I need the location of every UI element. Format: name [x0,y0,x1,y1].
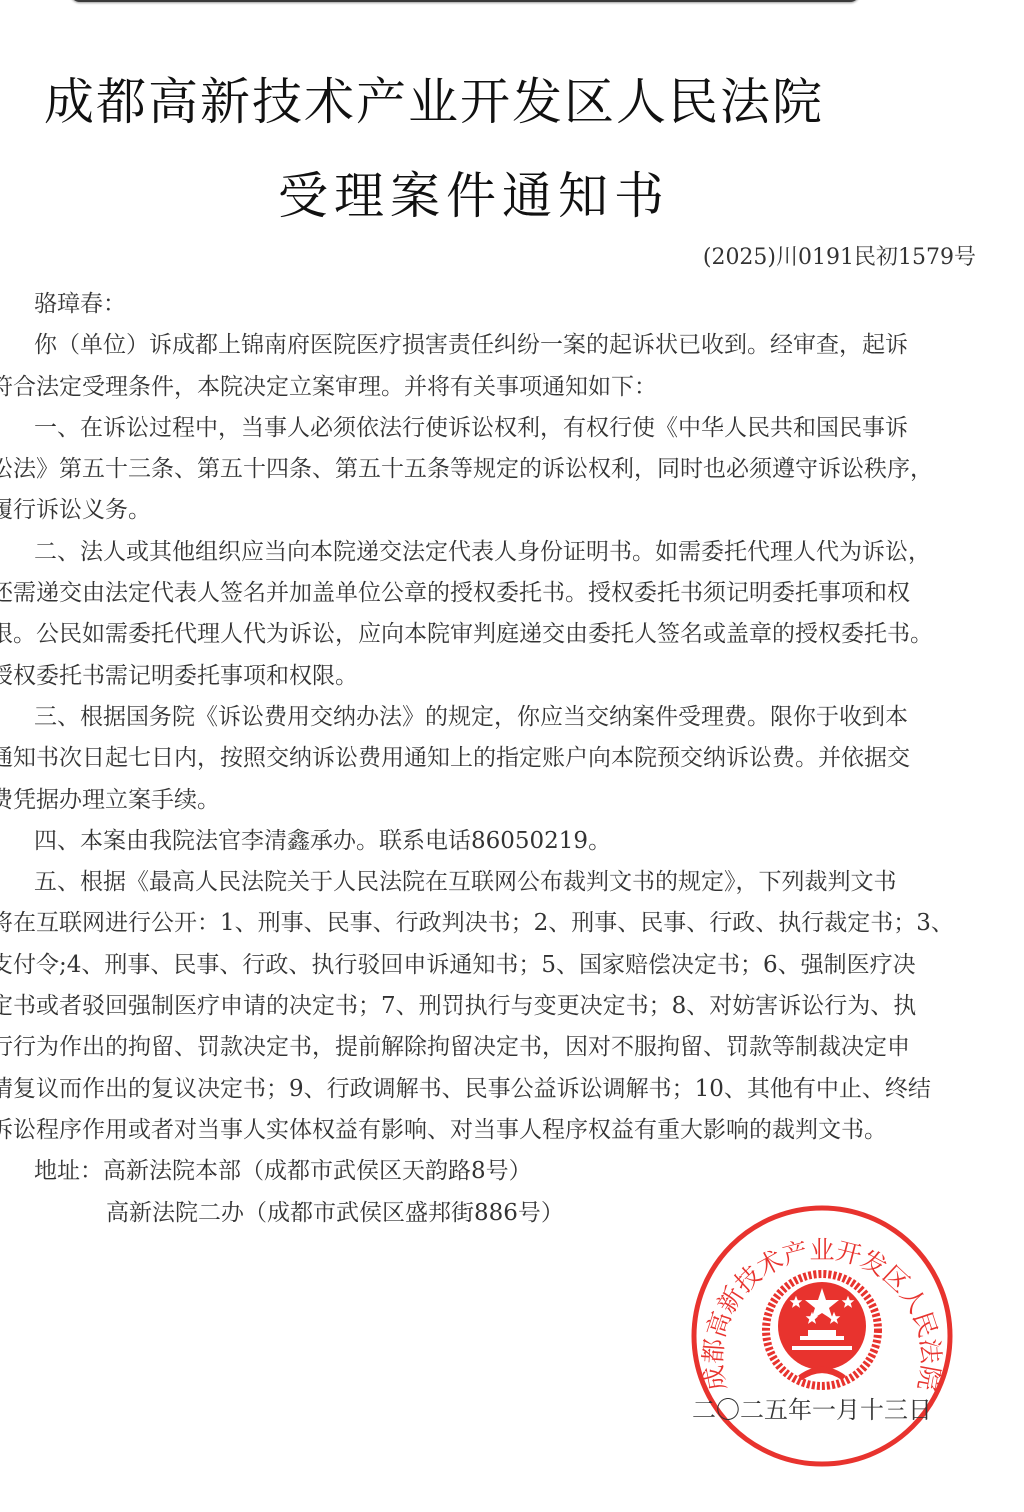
court-name-heading: 成都高新技术产业开发区人民法院 [44,62,924,134]
text-line: 四、本案由我院法官李清鑫承办。联系电话86050219。 [0,821,1024,862]
top-bar [70,0,860,2]
text-line: 授权委托书需记明委托事项和权限。 [0,656,1024,697]
text-line: 请复议而作出的复议决定书；9、行政调解书、民事公益诉讼调解书；10、其他有中止、… [0,1069,1024,1110]
text-line: 地址：高新法院本部（成都市武侯区天韵路8号） [0,1151,1024,1192]
text-line: 费凭据办理立案手续。 [0,780,1024,821]
document-body: 骆璋春：你（单位）诉成都上锦南府医院医疗损害责任纠纷一案的起诉状已收到。经审查，… [0,284,1024,1234]
text-line: 还需递交由法定代表人签名并加盖单位公章的授权委托书。授权委托书须记明委托事项和权 [0,573,1024,614]
text-line: 符合法定受理条件，本院决定立案审理。并将有关事项通知如下： [0,367,1024,408]
issue-date: 二〇二五年一月十三日 [692,1390,932,1425]
line-text: 行行为作出的拘留、罚款决定书，提前解除拘留决定书，因对不服拘留、罚款等制裁决定申 [0,1027,910,1068]
text-line: 将在互联网进行公开：1、刑事、民事、行政判决书；2、刑事、民事、行政、执行裁定书… [0,903,1024,944]
text-line: 五、根据《最高人民法院关于人民法院在互联网公布裁判文书的规定》，下列裁判文书 [0,862,1024,903]
line-text: 授权委托书需记明委托事项和权限。 [0,656,358,697]
line-text: 五、根据《最高人民法院关于人民法院在互联网公布裁判文书的规定》，下列裁判文书 [34,862,897,903]
line-text: 高新法院二办（成都市武侯区盛邦街886号） [106,1193,564,1234]
text-line: 骆璋春： [0,284,1024,325]
text-line: 三、根据国务院《诉讼费用交纳办法》的规定，你应当交纳案件受理费。限你于收到本 [0,697,1024,738]
line-text: 地址：高新法院本部（成都市武侯区天韵路8号） [34,1151,532,1192]
text-line: 行行为作出的拘留、罚款决定书，提前解除拘留决定书，因对不服拘留、罚款等制裁决定申 [0,1027,1024,1068]
court-seal: 成都高新技术产业开发区人民法院 [688,1202,956,1470]
line-text: 一、在诉讼过程中，当事人必须依法行使诉讼权利，有权行使《中华人民共和国民事诉 [34,408,908,449]
text-line: 二、法人或其他组织应当向本院递交法定代表人身份证明书。如需委托代理人代为诉讼， [0,532,1024,573]
line-text: 四、本案由我院法官李清鑫承办。联系电话86050219。 [34,821,611,862]
text-line: 一、在诉讼过程中，当事人必须依法行使诉讼权利，有权行使《中华人民共和国民事诉 [0,408,1024,449]
text-line: 定书或者驳回强制医疗申请的决定书；7、刑罚执行与变更决定书；8、对妨害诉讼行为、… [0,986,1024,1027]
text-line: 通知书次日起七日内，按照交纳诉讼费用通知上的指定账户向本院预交纳诉讼费。并依据交 [0,738,1024,779]
text-line: 限。公民如需委托代理人代为诉讼，应向本院审判庭递交由委托人签名或盖章的授权委托书… [0,614,1024,655]
line-text: 三、根据国务院《诉讼费用交纳办法》的规定，你应当交纳案件受理费。限你于收到本 [34,697,908,738]
line-text: 诉讼程序作用或者对当事人实体权益有影响、对当事人程序权益有重大影响的裁判文书。 [0,1110,887,1151]
text-line: 支付令;4、刑事、民事、行政、执行驳回申诉通知书；5、国家赔偿决定书；6、强制医… [0,945,1024,986]
line-text: 还需递交由法定代表人签名并加盖单位公章的授权委托书。授权委托书须记明委托事项和权 [0,573,910,614]
line-text: 将在互联网进行公开：1、刑事、民事、行政判决书；2、刑事、民事、行政、执行裁定书… [0,903,954,944]
line-text: 骆璋春： [34,284,126,325]
line-text: 费凭据办理立案手续。 [0,780,220,821]
line-text: 你（单位）诉成都上锦南府医院医疗损害责任纠纷一案的起诉状已收到。经审查，起诉 [34,325,908,366]
line-text: 二、法人或其他组织应当向本院递交法定代表人身份证明书。如需委托代理人代为诉讼， [34,532,931,573]
line-text: 定书或者驳回强制医疗申请的决定书；7、刑罚执行与变更决定书；8、对妨害诉讼行为、… [0,986,916,1027]
text-line: 讼法》第五十三条、第五十四条、第五十五条等规定的诉讼权利，同时也必须遵守诉讼秩序… [0,449,1024,490]
line-text: 讼法》第五十三条、第五十四条、第五十五条等规定的诉讼权利，同时也必须遵守诉讼秩序… [0,449,933,490]
case-number: (2025)川0191民初1579号 [703,240,976,271]
document-title: 受理案件通知书 [278,156,670,228]
national-emblem-icon [766,1274,878,1386]
text-line: 你（单位）诉成都上锦南府医院医疗损害责任纠纷一案的起诉状已收到。经审查，起诉 [0,325,1024,366]
line-text: 符合法定受理条件，本院决定立案审理。并将有关事项通知如下： [0,367,657,408]
line-text: 通知书次日起七日内，按照交纳诉讼费用通知上的指定账户向本院预交纳诉讼费。并依据交 [0,738,910,779]
text-line: 诉讼程序作用或者对当事人实体权益有影响、对当事人程序权益有重大影响的裁判文书。 [0,1110,1024,1151]
line-text: 支付令;4、刑事、民事、行政、执行驳回申诉通知书；5、国家赔偿决定书；6、强制医… [0,945,916,986]
line-text: 限。公民如需委托代理人代为诉讼，应向本院审判庭递交由委托人签名或盖章的授权委托书… [0,614,933,655]
line-text: 请复议而作出的复议决定书；9、行政调解书、民事公益诉讼调解书；10、其他有中止、… [0,1069,931,1110]
text-line: 履行诉讼义务。 [0,490,1024,531]
line-text: 履行诉讼义务。 [0,490,151,531]
